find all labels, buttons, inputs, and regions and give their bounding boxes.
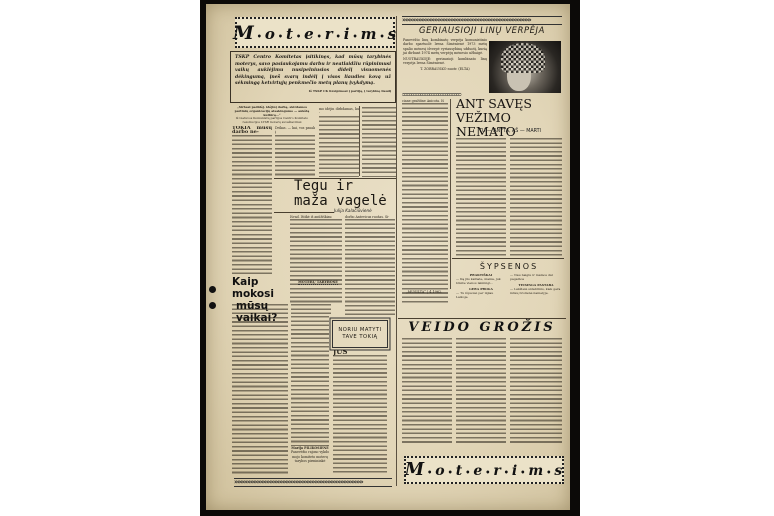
column-rule (359, 106, 360, 176)
beauty-col-1 (402, 338, 452, 444)
text-lines (510, 138, 562, 256)
self-col-left: ciane gražiūne Anicota. Iš (402, 99, 448, 319)
masthead-letter: M (405, 460, 425, 480)
masthead-separator: • (546, 467, 552, 477)
masthead-letter: m (528, 463, 544, 479)
masthead-letter: t (456, 463, 463, 479)
text-lines (275, 135, 315, 178)
punch-hole (209, 302, 216, 309)
text-lines (333, 355, 387, 473)
punch-hole (209, 286, 216, 293)
masthead-top: M•o•t•e•r•i•m•s (235, 17, 395, 48)
masthead-separator: • (296, 31, 302, 41)
masthead-separator: • (379, 31, 385, 41)
small-path-title: Tegu ir maža vagelė (294, 179, 394, 209)
section-rule (274, 212, 334, 213)
masthead-letter: i (344, 25, 351, 43)
masthead-bottom: M•o•t•e•r•i•m•s (404, 456, 564, 484)
want-box-line1: NORIU MATYTI (338, 327, 381, 334)
text-lines (232, 304, 288, 474)
masthead-separator: • (504, 467, 510, 477)
masthead-letter: e (473, 463, 483, 479)
smiles-intro: — Nau baigiu ir mamos dėl pagalbos (510, 273, 562, 281)
arrow-ornament-top: »»»»»»»»»»»»»»»»»»»»»»»»»»»»»»»»»»»»»»»» (402, 16, 562, 25)
small-path-title-line2: maža vagelė (294, 194, 394, 209)
beauty-col-2 (456, 338, 506, 444)
masthead-letter: t (286, 25, 294, 43)
beauty-footer-credit: „MUSILTA“ | 4 1962. (406, 290, 442, 294)
masthead-letter: r (325, 25, 334, 43)
intro-epigraph-note: Iš Lietuvos Komunistų partijos Centro Ko… (232, 117, 312, 125)
intro-col-3: mo idėjin dirbdamas, ku- (319, 107, 359, 177)
masthead-separator: • (485, 467, 491, 477)
section-rule (452, 258, 564, 259)
masthead-letter: s (554, 463, 563, 479)
page-divider (396, 16, 397, 486)
photo-headscarf (501, 43, 545, 73)
text-lines (456, 338, 506, 444)
beauty-title: VEIDO GROŽIS (402, 320, 562, 335)
lead-quote-text: TSKP Centro Komitetas įsitikinęs, kad mū… (235, 55, 391, 88)
lead-quote-source: Iš TSKP CK Kreipimosi į partiją, į taryb… (235, 89, 391, 93)
flax-body-text: Panevėžio linų kombinato verpėja komunis… (403, 38, 487, 56)
smiles-item-text: — Lėkštelė sidabrinis, kiek gera mūsų br… (510, 287, 562, 295)
magazine-page: M•o•t•e•r•i•m•s TSKP Centro Komitetas įs… (206, 4, 570, 510)
intro-col-1: TOKIA mūsų darbo ne- (232, 126, 272, 276)
self-col1-start: ciane gražiūne Anicota. Iš (402, 99, 444, 103)
text-lines (402, 338, 452, 444)
masthead-letter: M (233, 22, 255, 44)
flax-title: GERIAUSIOJI LINŲ VERPĖJA (402, 25, 562, 35)
intro-col3-start: mo idėjin dirbdamas, ku- (319, 107, 359, 115)
masthead-letter: r (493, 463, 501, 479)
text-lines (402, 103, 448, 303)
intro-col-4 (362, 107, 396, 177)
masthead-letter: o (265, 25, 276, 43)
masthead-separator: • (336, 31, 342, 41)
small-path-title-line1: Tegu ir (294, 179, 394, 194)
masthead-separator: • (352, 31, 358, 41)
text-lines (345, 219, 395, 315)
children-col-1 (232, 304, 288, 474)
masthead-separator: • (465, 467, 471, 477)
masthead-letter: i (512, 463, 518, 479)
column-rule (450, 99, 451, 289)
intro-col-2: Drikas. — kai, vos pasakį (275, 126, 315, 178)
text-lines (456, 138, 506, 256)
smiles-col-1: PRAKTIŠKAI — Ką jūs kalbate, mama, juk b… (456, 273, 506, 300)
intro-col2-start: Drikas. — kai, vos pasakį (275, 126, 315, 134)
text-lines (319, 116, 359, 177)
children-col-2b: Marija PILIKOSIENĖ Panevėžio rajono vykd… (291, 316, 329, 472)
masthead-title: M•o•t•e•r•i•m•s (233, 22, 397, 44)
lead-quote-box: TSKP Centro Komitetas įsitikinęs, kad mū… (230, 51, 396, 103)
masthead-letter: m (361, 25, 378, 43)
children-rubric: MOTERŲ TARYBOSE (298, 280, 338, 285)
flax-photo (489, 41, 561, 93)
smiles-title: ŠYPSENOS (456, 262, 562, 271)
flax-body: Panevėžio linų kombinato verpėja komunis… (403, 38, 487, 72)
self-title-line2: VEŽIMO NEMATO (456, 111, 566, 139)
masthead-separator: • (427, 467, 433, 477)
want-dropcap: JŪS (333, 350, 347, 356)
self-title-line1: ANT SAVĘS (456, 97, 566, 111)
arrow-ornament-bottom: »»»»»»»»»»»»»»»»»»»»»»»»»»»»»»»»»»»»»»»» (234, 478, 392, 487)
text-lines (510, 338, 562, 444)
self-col-2 (456, 138, 506, 256)
masthead-title: M•o•t•e•r•i•m•s (405, 460, 563, 480)
smiles-item-text: — Tu išpuolei per ilgiau Laikoje. (456, 291, 506, 299)
text-lines (291, 316, 329, 446)
intro-epigraph: „Sirbasi padidėj. idėjinį darbą, skirdam… (232, 106, 312, 125)
text-lines (232, 135, 272, 276)
children-col-2 (291, 304, 331, 316)
flax-caption: NUOTRAUKOJE: geriausioji kombinato linų … (403, 57, 487, 66)
text-lines (291, 304, 331, 316)
masthead-separator: • (257, 31, 263, 41)
small-path-author: Julija Kalačiūvienė (334, 208, 372, 213)
masthead-separator: • (448, 467, 454, 477)
text-lines (362, 107, 396, 177)
self-col-3 (510, 138, 562, 256)
self-subtitle: TU — ANYTA, AŠ — MARTI (458, 129, 562, 134)
masthead-separator: • (520, 467, 526, 477)
children-signature-note: Panevėžio rajono vykdomojo komiteto mote… (291, 450, 329, 463)
masthead-separator: • (317, 31, 323, 41)
want-col: JŪS (333, 350, 387, 474)
small-path-col2-start: dorbo Antevicus ruošas. Ši- (345, 215, 389, 219)
flax-credit: T. ZOBRAUSKO nuotr. (ELTA) (403, 67, 487, 71)
smiles-item-text: — Ką jūs kalbate, mama, juk būsite vieno… (456, 277, 506, 285)
masthead-letter: e (304, 25, 315, 43)
children-title-line1: Kaip mokosi (232, 276, 298, 300)
beauty-col-3 (510, 338, 562, 444)
want-box: NORIU MATYTI TAVE TOKIĄ (332, 320, 388, 348)
smiles-col-2: — Nau baigiu ir mamos dėl pagalbos TEISI… (510, 273, 562, 295)
section-rule (398, 318, 566, 319)
masthead-letter: o (435, 463, 445, 479)
masthead-separator: • (278, 31, 284, 41)
small-path-col1-start: Išvad. Ištikė iš anūžiškiau (290, 215, 332, 219)
small-path-col-2: dorbo Antevicus ruošas. Ši- (345, 215, 395, 315)
want-box-line2: TAVE TOKIĄ (342, 334, 377, 341)
